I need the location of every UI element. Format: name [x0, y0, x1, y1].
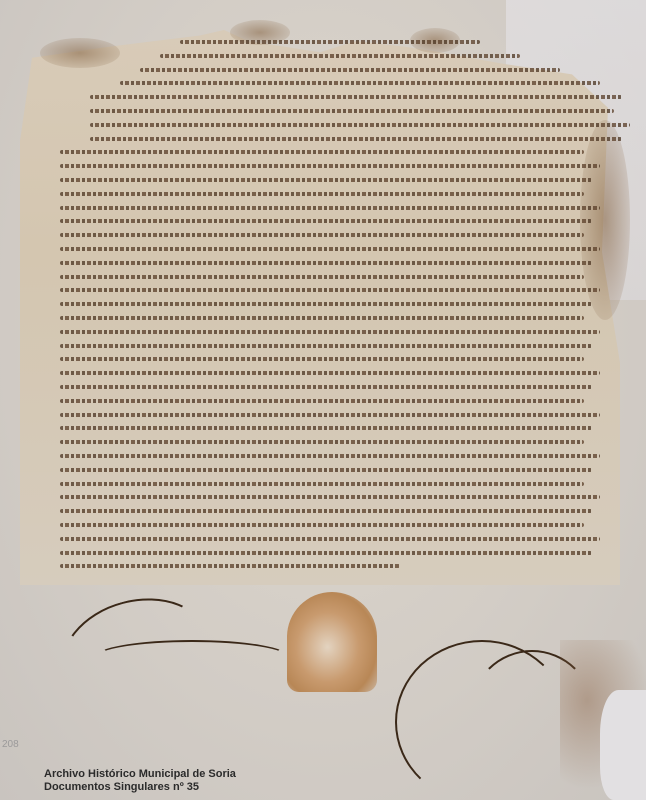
- handwriting-line: [140, 68, 560, 72]
- handwriting-line: [60, 551, 592, 555]
- handwritten-text-block: [60, 40, 620, 580]
- handwriting-line: [60, 206, 600, 210]
- handwriting-line: [60, 316, 584, 320]
- signature-left-underline: [95, 640, 289, 674]
- handwriting-line: [60, 357, 584, 361]
- handwriting-line: [60, 302, 592, 306]
- handwriting-line: [60, 495, 600, 499]
- handwriting-line: [90, 123, 630, 127]
- handwriting-line: [60, 247, 600, 251]
- handwriting-line: [60, 371, 600, 375]
- handwriting-line: [60, 261, 592, 265]
- caption-line-1: Archivo Histórico Municipal de Soria: [44, 768, 236, 781]
- handwriting-line: [180, 40, 480, 44]
- handwriting-line: [60, 288, 600, 292]
- marginal-number: 208: [2, 739, 19, 750]
- handwriting-line: [60, 219, 592, 223]
- manuscript-photo: 208 Archivo Histórico Municipal de Soria…: [0, 0, 646, 800]
- handwriting-line: [60, 399, 584, 403]
- handwriting-line: [60, 523, 584, 527]
- handwriting-line: [60, 426, 592, 430]
- handwriting-line: [60, 385, 592, 389]
- handwriting-line: [60, 192, 584, 196]
- handwriting-line: [90, 137, 622, 141]
- handwriting-line: [60, 275, 584, 279]
- handwriting-line: [60, 537, 600, 541]
- archive-caption: Archivo Histórico Municipal de Soria Doc…: [44, 768, 236, 794]
- handwriting-line: [60, 468, 592, 472]
- handwriting-line: [60, 440, 584, 444]
- handwriting-line: [60, 178, 592, 182]
- wax-seal-stain: [287, 592, 377, 692]
- handwriting-line: [60, 150, 584, 154]
- handwriting-line: [60, 482, 584, 486]
- torn-edge: [600, 690, 646, 800]
- handwriting-line: [90, 95, 622, 99]
- handwriting-line: [60, 330, 600, 334]
- handwriting-line: [160, 54, 520, 58]
- caption-line-2: Documentos Singulares nº 35: [44, 781, 236, 794]
- handwriting-line: [60, 454, 600, 458]
- handwriting-line: [90, 109, 614, 113]
- handwriting-line: [60, 509, 592, 513]
- handwriting-line: [120, 81, 600, 85]
- handwriting-line: [60, 164, 600, 168]
- handwriting-line: [60, 233, 584, 237]
- handwriting-line: [60, 344, 592, 348]
- handwriting-line: [60, 413, 600, 417]
- handwriting-line: [60, 564, 400, 568]
